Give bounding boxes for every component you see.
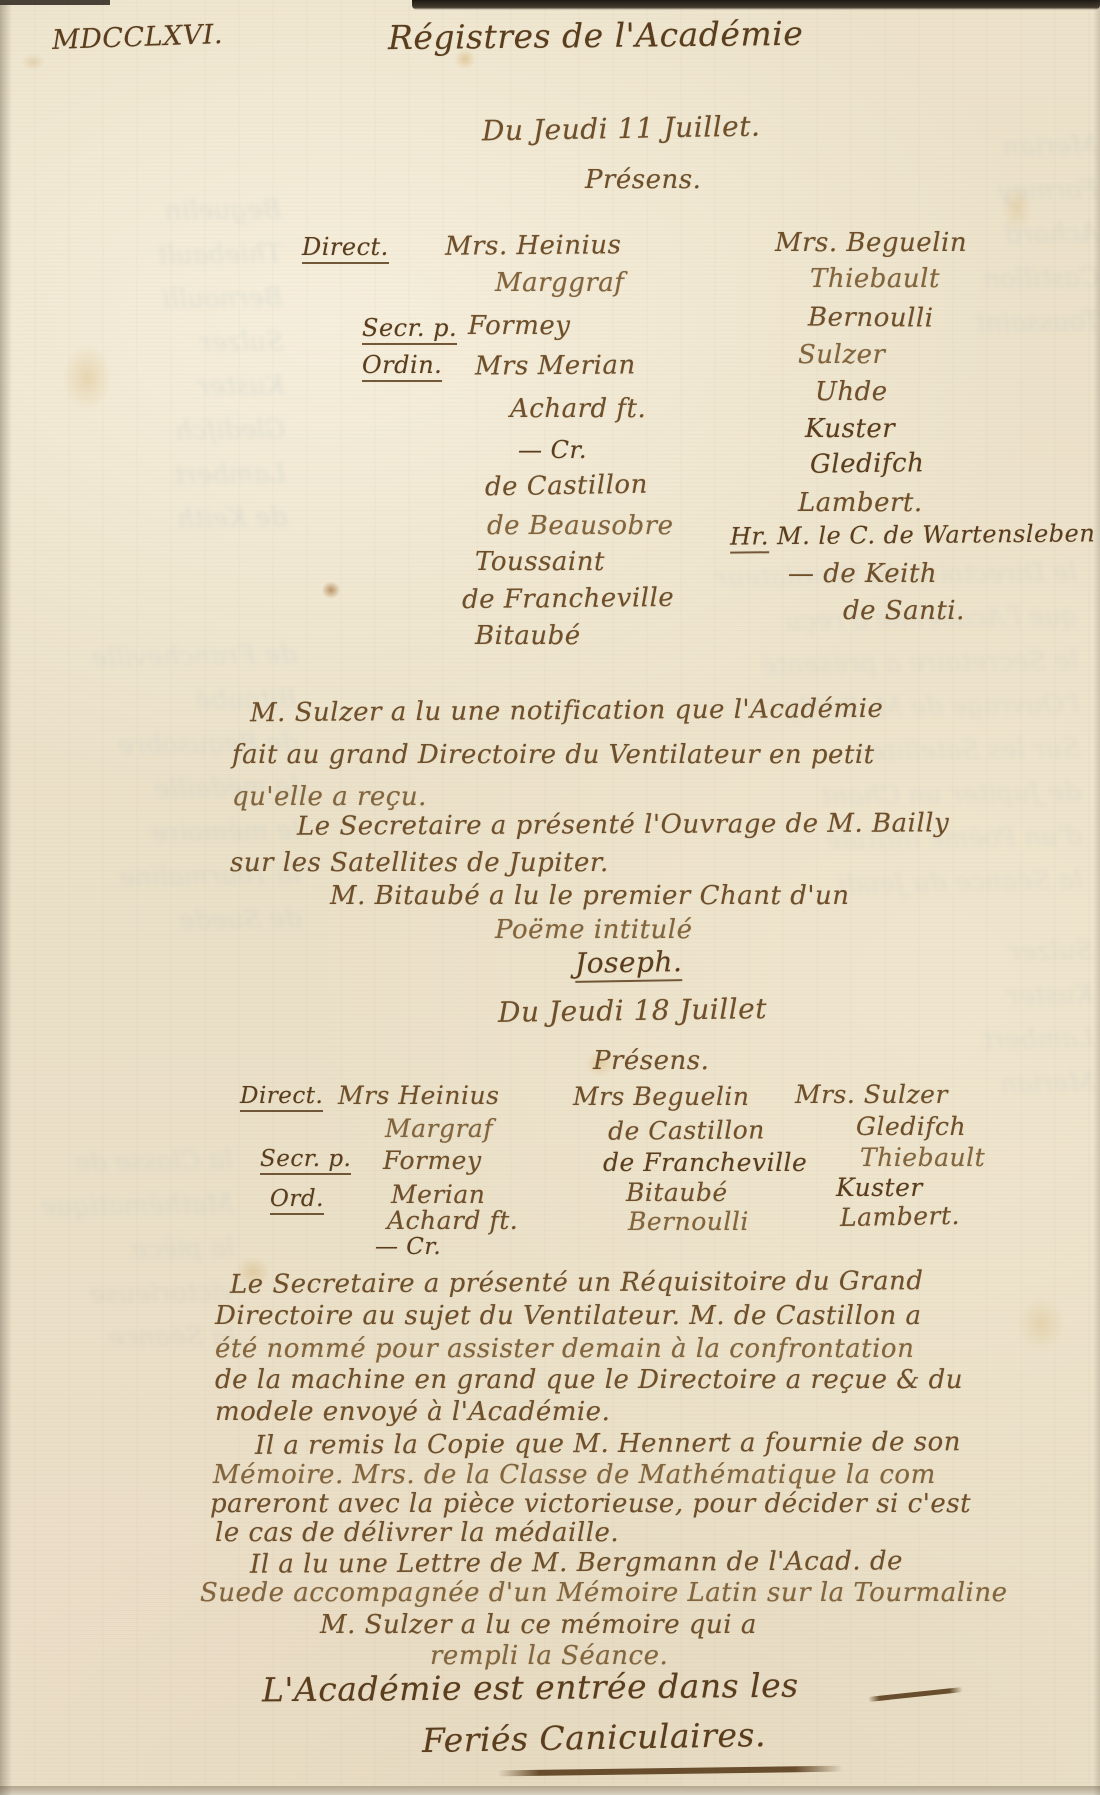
attendee-name: Mrs. Sulzer	[795, 1080, 948, 1109]
poem-title: Joseph.	[575, 945, 683, 983]
minutes-line: Il a remis la Copie que M. Hennert a fou…	[255, 1427, 961, 1461]
year-marginalia: MDCCLXVI.	[52, 19, 224, 56]
session2-presens-label: Présens.	[593, 1046, 709, 1076]
attendee-name: de Francheville	[603, 1148, 807, 1177]
attendee-name: Kuster	[836, 1173, 923, 1202]
minutes-line: M. Bitaubé a lu le premier Chant d'un	[330, 881, 850, 911]
attendee-name: Mrs Merian	[475, 350, 636, 381]
minutes-line: modele envoyé à l'Académie.	[215, 1397, 610, 1427]
attendee-name: Bernoulli	[628, 1207, 749, 1236]
attendee-name: Merian	[391, 1180, 485, 1209]
role-label-secr: Secr. p.	[362, 314, 457, 345]
attendee-name: Thiebault	[810, 264, 940, 294]
attendee-name: Gledifch	[810, 448, 925, 480]
attendee-name: de Castillon	[608, 1115, 765, 1145]
attendee-name: — Cr.	[518, 436, 587, 464]
minutes-line: Il a lu une Lettre de M. Bergmann de l'A…	[250, 1546, 903, 1579]
minutes-line: M. Sulzer a lu ce mémoire qui a	[320, 1610, 757, 1640]
scan-edge-bottom	[0, 1786, 1100, 1795]
minutes-line: Directoire au sujet du Ventilateur. M. d…	[215, 1301, 921, 1331]
minutes-line: Poëme intitulé	[495, 915, 693, 945]
attendee-name: Gledifch	[856, 1112, 966, 1141]
scan-edge-left	[0, 0, 12, 1795]
attendee-name: Sulzer	[798, 340, 885, 370]
attendee-name: Thiebault	[860, 1143, 985, 1172]
bleedthrough-ghost	[22, 1138, 238, 1472]
scan-edge-right	[1093, 0, 1100, 1795]
role-label-secr: Secr. p.	[260, 1146, 351, 1175]
attendee-name: Mrs Beguelin	[573, 1082, 749, 1111]
attendee-name: Bitaubé	[475, 621, 581, 651]
attendee-name: Bitaubé	[626, 1178, 728, 1207]
minutes-line: qu'elle a reçu.	[232, 782, 427, 812]
minutes-line: Mémoire. Mrs. de la Classe de Mathématiq…	[213, 1460, 936, 1490]
minutes-line: M. Sulzer a lu une notification que l'Ac…	[250, 694, 884, 728]
minutes-line: Suede accompagnée d'un Mémoire Latin sur…	[200, 1578, 1007, 1608]
closing-line: L'Académie est entrée dans les	[262, 1666, 799, 1710]
bleedthrough-ghost	[41, 633, 303, 1057]
attendee-name: Mrs. Heinius	[445, 230, 622, 262]
attendee-name: de Castillon	[485, 470, 648, 503]
page-title: Régistres de l'Académie	[388, 14, 804, 57]
attendee-name: Uhde	[815, 377, 888, 407]
role-label-direct: Direct.	[302, 233, 389, 264]
scan-edge-top	[412, 0, 1100, 10]
honorary-name: — de Keith	[788, 559, 937, 589]
attendee-name: Mrs. Beguelin	[775, 228, 967, 258]
minutes-line: pareront avec la pièce victorieuse, pour…	[210, 1489, 971, 1519]
session1-presens-label: Présens.	[585, 165, 701, 195]
minutes-line: fait au grand Directoire du Ventilateur …	[232, 740, 875, 770]
fox-spot	[995, 175, 1039, 241]
attendee-name: Lambert.	[798, 488, 923, 518]
session1-date-heading: Du Jeudi 11 Juillet.	[482, 110, 761, 148]
attendee-name: Mrs Heinius	[338, 1081, 499, 1110]
bleedthrough-ghost	[932, 124, 1100, 467]
session2-date-heading: Du Jeudi 18 Juillet	[498, 992, 767, 1029]
fox-spot	[1008, 1285, 1074, 1363]
pen-flourish	[868, 1687, 963, 1702]
minutes-line: le cas de délivrer la médaille.	[215, 1518, 619, 1548]
attendee-name: Achard ft.	[510, 394, 646, 424]
minutes-line: Le Secretaire a présenté l'Ouvrage de M.…	[297, 808, 949, 841]
attendee-name: Margraf	[385, 1114, 493, 1143]
attendee-name: Bernoulli	[808, 302, 934, 333]
honorary-name: de Santi.	[843, 596, 965, 626]
attendee-name: Formey	[468, 311, 570, 341]
attendee-name: Lambert.	[840, 1201, 960, 1232]
honorary-prefix: Hr.	[730, 522, 769, 553]
attendee-name: Marggraf	[495, 268, 624, 298]
underline-flourish	[498, 1766, 843, 1777]
bleedthrough-ghost	[11, 188, 288, 623]
minutes-line: de la machine en grand que le Directoire…	[215, 1365, 963, 1395]
minutes-line: été nommé pour assister demain à la conf…	[215, 1334, 914, 1364]
scan-edge-top-left	[0, 0, 110, 5]
attendee-name: Toussaint	[475, 547, 605, 577]
fox-spot	[52, 330, 122, 425]
role-label-ord: Ord.	[270, 1186, 324, 1215]
ink-stain	[318, 578, 344, 602]
honorary-name: M. le C. de Wartensleben	[777, 519, 1095, 550]
attendee-name: Kuster	[805, 414, 895, 444]
attendee-name: de Francheville	[462, 583, 675, 615]
manuscript-page: MDCCLXVI. Régistres de l'Académie Du Jeu…	[0, 0, 1100, 1795]
honorary-members-line: Hr. M. le C. de Wartensleben	[730, 519, 1095, 550]
attendee-name: Achard ft.	[387, 1206, 518, 1235]
minutes-line: sur les Satellites de Jupiter.	[230, 848, 609, 878]
attendee-name: de Beausobre	[487, 511, 674, 541]
attendee-name: Formey	[383, 1146, 482, 1175]
role-label-direct: Direct.	[240, 1083, 323, 1112]
closing-line: Feriés Caniculaires.	[422, 1715, 767, 1760]
attendee-name: — Cr.	[375, 1234, 441, 1260]
role-label-ordin: Ordin.	[362, 351, 442, 382]
fox-spot	[16, 50, 50, 74]
minutes-line: Le Secretaire a présenté un Réquisitoire…	[230, 1266, 924, 1300]
